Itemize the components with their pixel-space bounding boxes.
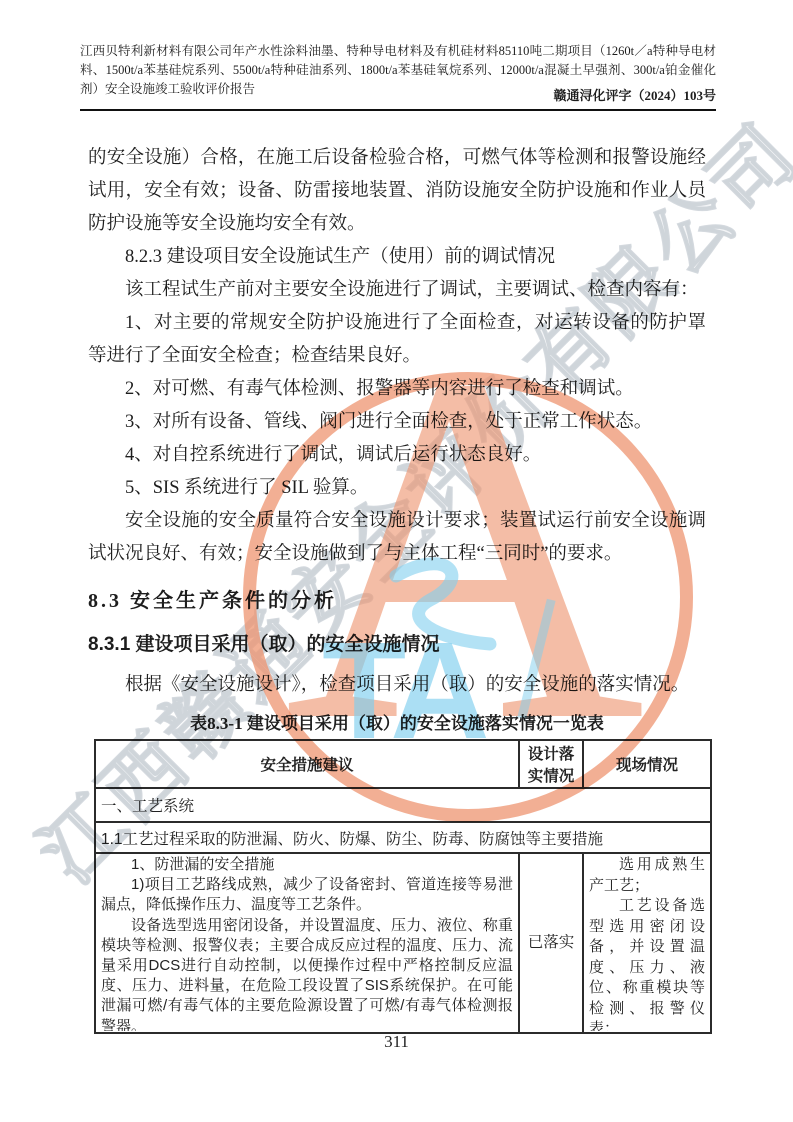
suggestion-cell: 1、防泄漏的安全措施 1)项目工艺路线成熟，减少了设备密封、管道连接等易泄漏点，… [95, 853, 519, 1033]
site-status-text: 选用成熟生产工艺； 工艺设备选型选用密闭设备，并设置温度、压力、液位、称重模块等… [589, 855, 705, 1031]
list-item-5: 5、SIS 系统进行了 SIL 验算。 [88, 472, 706, 505]
suggestion-paragraph: 1)项目工艺路线成熟，减少了设备密封、管道连接等易泄漏点，降低操作压力、温度等工… [101, 875, 513, 915]
heading-8-3-1: 8.3.1 建设项目采用（取）的安全设施情况 [88, 629, 706, 656]
table-section-row: 一、工艺系统 [95, 788, 711, 822]
paragraph: 安全设施的安全质量符合安全设施设计要求；装置试运行前安全设施调试状况良好、有效；… [88, 505, 706, 571]
list-item-2: 2、对可燃、有毒气体检测、报警器等内容进行了检查和调试。 [88, 373, 706, 406]
table-caption: 表8.3-1 建设项目采用（取）的安全设施落实情况一览表 [88, 709, 706, 734]
column-header-site-status: 现场情况 [583, 740, 711, 788]
document-page: 江西贝特利新材料有限公司年产水性涂料油墨、特种导电材料及有机硅材料85110吨二… [0, 0, 793, 1122]
suggestion-paragraph: 1、防泄漏的安全措施 [101, 855, 513, 875]
table-subsection-row: 1.1工艺过程采取的防泄漏、防火、防爆、防尘、防毒、防腐蚀等主要措施 [95, 822, 711, 853]
site-status-cell: 选用成熟生产工艺； 工艺设备选型选用密闭设备，并设置温度、压力、液位、称重模块等… [583, 853, 711, 1033]
safety-measures-table: 安全措施建议 设计落实情况 现场情况 一、工艺系统 1.1工艺过程采取的防泄漏、… [94, 739, 712, 1034]
table-row: 1、防泄漏的安全措施 1)项目工艺路线成熟，减少了设备密封、管道连接等易泄漏点，… [95, 853, 711, 1033]
heading-8-3: 8.3 安全生产条件的分析 [88, 584, 706, 613]
section-label: 一、工艺系统 [95, 788, 711, 822]
site-paragraph: 工艺设备选型选用密闭设备，并设置温度、压力、液位、称重模块等检测、报警仪表； [589, 896, 705, 1031]
column-header-design-status: 设计落实情况 [519, 740, 583, 788]
design-status-cell: 已落实 [519, 853, 583, 1033]
column-header-suggestion: 安全措施建议 [95, 740, 519, 788]
suggestion-paragraph: 设备选型选用密闭设备，并设置温度、压力、液位、称重模块等检测、报警仪表；主要合成… [101, 916, 513, 1031]
page-header: 江西贝特利新材料有限公司年产水性涂料油墨、特种导电材料及有机硅材料85110吨二… [80, 42, 716, 111]
table-header-row: 安全措施建议 设计落实情况 现场情况 [95, 740, 711, 788]
body-content: 的安全设施）合格，在施工后设备检验合格，可燃气体等检测和报警设施经试用，安全有效… [88, 142, 706, 1034]
site-paragraph: 选用成熟生产工艺； [589, 855, 705, 896]
suggestion-text: 1、防泄漏的安全措施 1)项目工艺路线成熟，减少了设备密封、管道连接等易泄漏点，… [101, 855, 513, 1031]
list-item-4: 4、对自控系统进行了调试，调试后运行状态良好。 [88, 439, 706, 472]
section-heading-823: 8.2.3 建设项目安全设施试生产（使用）前的调试情况 [88, 241, 706, 274]
list-item-3: 3、对所有设备、管线、阀门进行全面检查，处于正常工作状态。 [88, 406, 706, 439]
list-item-1: 1、对主要的常规安全防护设施进行了全面检查，对运转设备的防护罩等进行了全面安全检… [88, 307, 706, 373]
paragraph: 该工程试生产前对主要安全设施进行了调试，主要调试、检查内容有： [88, 274, 706, 307]
intro-paragraph: 根据《安全设施设计》，检查项目采用（取）的安全设施的落实情况。 [88, 669, 706, 702]
subsection-label: 1.1工艺过程采取的防泄漏、防火、防爆、防尘、防毒、防腐蚀等主要措施 [95, 822, 711, 853]
paragraph: 的安全设施）合格，在施工后设备检验合格，可燃气体等检测和报警设施经试用，安全有效… [88, 142, 706, 241]
document-number: 赣通浔化评字（2024）103号 [553, 86, 716, 105]
page-number: 311 [0, 1032, 793, 1052]
